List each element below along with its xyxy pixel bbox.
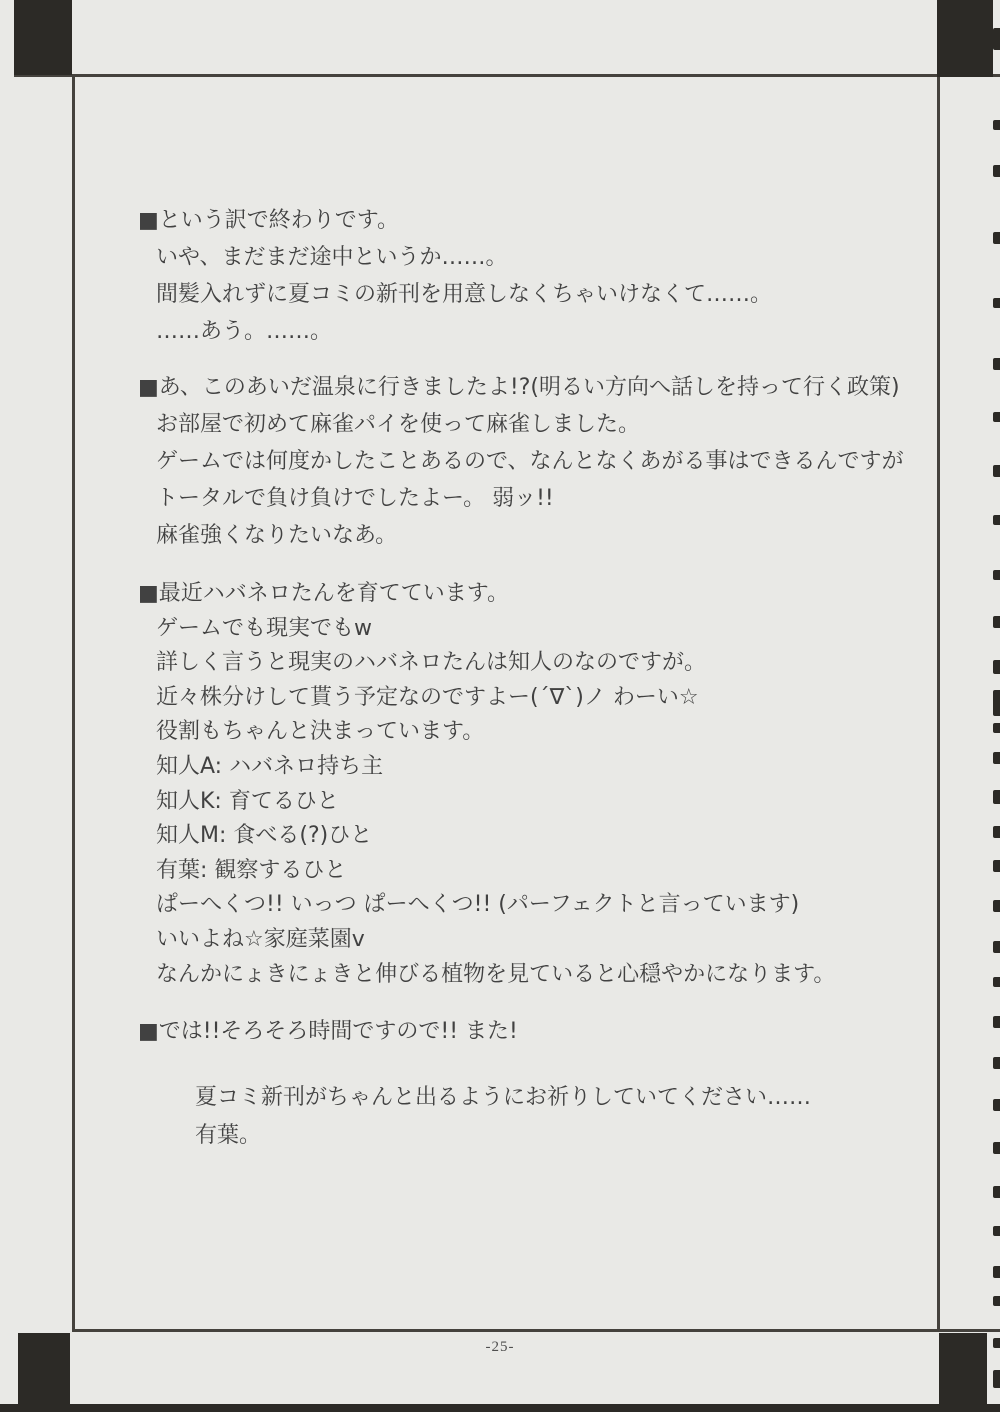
text-line: ゲームでも現実でもw [156,612,980,647]
page-edge-tick [993,752,1000,764]
text-line: 詳しく言うと現実のハバネロたんは知人のなのですが。 [156,646,980,681]
paragraph: 夏コミ新刊がちゃんと出るようにお祈りしていてください……有葉。 [0,1079,980,1155]
page-edge-tick [993,412,1000,422]
paragraph: ■では!!そろそろ時間ですので!! また! [0,1013,980,1050]
text-line: なんかにょきにょきと伸びる植物を見ていると心穏やかになります。 [156,958,980,993]
page-edge-tick [993,1016,1000,1028]
text-line: お部屋で初めて麻雀パイを使って麻雀しました。 [156,406,980,443]
text-line: ■では!!そろそろ時間ですので!! また! [138,1013,980,1050]
page-edge-tick [993,298,1000,308]
page-edge-tick [993,232,1000,244]
text-line: 有葉: 観察するひと [156,854,980,889]
text-line: ……あう。……。 [156,313,980,350]
text-line: ゲームでは何度かしたことあるので、なんとなくあがる事はできるんですが [156,443,980,480]
text-line: 夏コミ新刊がちゃんと出るようにお祈りしていてください…… [195,1079,980,1117]
page-edge-tick [993,1370,1000,1388]
page-edge-tick [993,1226,1000,1236]
page-edge-tick [993,358,1000,370]
corner-block-top-right [937,0,993,77]
page-edge-tick [993,1338,1000,1348]
text-line: ぱーへくつ!! いっつ ぱーへくつ!! (パーフェクトと言っています) [156,888,980,923]
page-edge-tick [993,977,1000,987]
scanned-page: ■という訳で終わりです。いや、まだまだ途中というか……。間髪入れずに夏コミの新刊… [0,0,1000,1412]
page-edge-tick [993,941,1000,953]
text-line: 近々株分けして貰う予定なのですよー(´∇`)ノ わーい☆ [156,681,980,716]
text-line: トータルで負け負けでしたよー。 弱ッ!! [156,480,980,517]
text-line: 有葉。 [195,1117,980,1155]
paragraph: ■という訳で終わりです。いや、まだまだ途中というか……。間髪入れずに夏コミの新刊… [0,202,980,350]
text-line: いいよね☆家庭菜園v [156,923,980,958]
page-number: -25- [0,1339,1000,1356]
page-edge-tick [993,165,1000,177]
bottom-scan-strip [0,1404,1000,1412]
page-edge-tick [993,616,1000,628]
page-edge-tick [993,860,1000,872]
text-line: ■あ、このあいだ温泉に行きましたよ!?(明るい方向へ話しを持って行く政策) [138,369,980,406]
text-line: 知人A: ハバネロ持ち主 [156,750,980,785]
text-line: 知人K: 育てるひと [156,785,980,820]
page-edge-tick [993,465,1000,477]
text-line: 役割もちゃんと決まっています。 [156,715,980,750]
page-edge-tick [993,660,1000,674]
page-edge-tick [993,900,1000,912]
page-edge-tick [993,1266,1000,1278]
text-line: 麻雀強くなりたいなあ。 [156,517,980,554]
page-edge-tick [993,790,1000,804]
text-line: いや、まだまだ途中というか……。 [156,239,980,276]
frame-bottom-line [72,1329,1000,1332]
page-edge-tick [993,28,1000,50]
text-line: ■という訳で終わりです。 [138,202,980,239]
corner-block-top-left [14,0,72,75]
page-edge-tick [993,690,1000,716]
page-edge-tick [993,120,1000,130]
text-line: 間髪入れずに夏コミの新刊を用意しなくちゃいけなくて……。 [156,276,980,313]
paragraph: ■あ、このあいだ温泉に行きましたよ!?(明るい方向へ話しを持って行く政策)お部屋… [0,369,980,554]
page-edge-tick [993,723,1000,733]
page-edge-tick [993,1057,1000,1069]
frame-top-line [14,74,1000,77]
text-line: ■最近ハバネロたんを育てています。 [138,577,980,612]
page-edge-tick [993,515,1000,525]
page-edge-tick [993,570,1000,580]
paragraph: ■最近ハバネロたんを育てています。ゲームでも現実でもw詳しく言うと現実のハバネロ… [0,577,980,992]
page-edge-tick [993,1142,1000,1154]
page-edge-tick [993,1099,1000,1111]
page-edge-tick [993,1296,1000,1306]
page-edge-tick [993,826,1000,838]
text-line: 知人M: 食べる(?)ひと [156,819,980,854]
page-edge-tick [993,1186,1000,1198]
